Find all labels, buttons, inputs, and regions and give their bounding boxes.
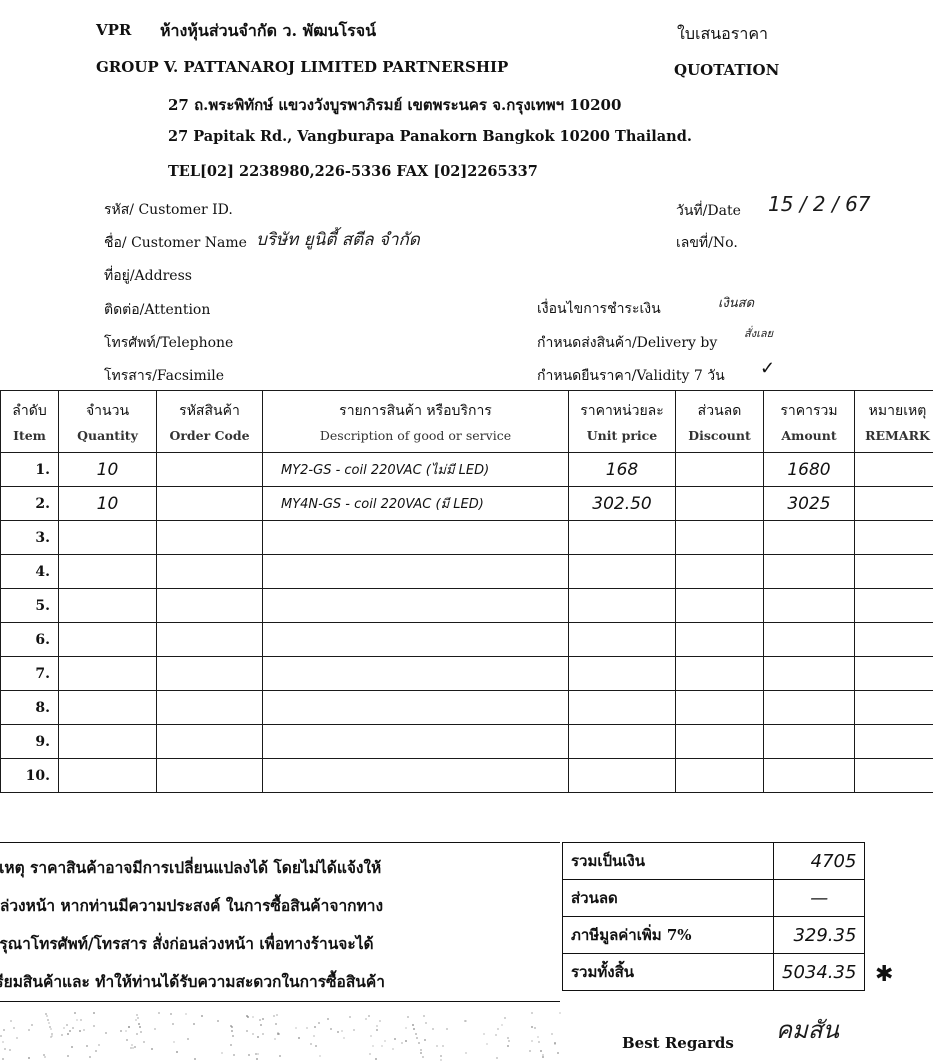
company-contact: TEL[02] 2238980,226-5336 FAX [02]2265337: [168, 163, 538, 180]
description-cell: [263, 589, 569, 623]
company-name-en: GROUP V. PATTANAROJ LIMITED PARTNERSHIP: [96, 58, 508, 76]
company-address-en: 27 Papitak Rd., Vangburapa Panakorn Bang…: [168, 128, 692, 145]
table-row: 1.10MY2-GS - coil 220VAC (ไม่มี LED)1681…: [1, 453, 933, 487]
description-cell: [263, 623, 569, 657]
quantity-cell: [59, 725, 157, 759]
order-code-cell: [157, 623, 263, 657]
discount-cell: [676, 521, 764, 555]
terms-note: ยเหตุ ราคาสินค้าอาจมีการเปลี่ยนแปลงได้ โ…: [0, 842, 560, 1002]
remark-cell: [855, 725, 933, 759]
unit-price-cell: [569, 691, 676, 725]
unit-price-cell: [569, 521, 676, 555]
validity-label: กำหนดยืนราคา/Validity 7 วัน: [537, 365, 725, 387]
unit-price-cell: [569, 623, 676, 657]
amount-cell: [764, 555, 855, 589]
table-row: 3.: [1, 521, 933, 555]
discount-row: ส่วนลด—: [563, 880, 865, 917]
description-cell: [263, 725, 569, 759]
date-label: วันที่/Date: [676, 200, 741, 222]
item-cell: 2.: [1, 487, 59, 521]
description-cell: MY2-GS - coil 220VAC (ไม่มี LED): [263, 453, 569, 487]
quantity-cell: [59, 691, 157, 725]
remark-cell: [855, 623, 933, 657]
order-code-cell: [157, 453, 263, 487]
col-amount: ราคารวมAmount: [764, 391, 855, 453]
note-line: เรียมสินค้าและ ทำให้ท่านได้รับความสะดวกใ…: [0, 969, 385, 994]
payment-terms-value: เงินสด: [718, 292, 754, 313]
order-code-cell: [157, 521, 263, 555]
unit-price-cell: [569, 589, 676, 623]
discount-cell: [676, 555, 764, 589]
number-label: เลขที่/No.: [676, 232, 738, 254]
amount-cell: [764, 759, 855, 793]
grand-total-row: รวมทั้งสิ้น5034.35: [563, 954, 865, 991]
remark-cell: [855, 487, 933, 521]
remark-cell: [855, 521, 933, 555]
remark-cell: [855, 453, 933, 487]
items-table: ลำดับItem จำนวนQuantity รหัสสินค้าOrder …: [0, 390, 933, 793]
customer-id-label: รหัส/ Customer ID.: [104, 199, 233, 221]
item-cell: 9.: [1, 725, 59, 759]
document-title-en: QUOTATION: [674, 61, 779, 79]
quantity-cell: [59, 657, 157, 691]
item-cell: 8.: [1, 691, 59, 725]
order-code-cell: [157, 657, 263, 691]
item-cell: 3.: [1, 521, 59, 555]
description-cell: [263, 521, 569, 555]
col-quantity: จำนวนQuantity: [59, 391, 157, 453]
amount-cell: [764, 589, 855, 623]
quantity-cell: [59, 623, 157, 657]
item-cell: 10.: [1, 759, 59, 793]
table-row: 6.: [1, 623, 933, 657]
item-cell: 4.: [1, 555, 59, 589]
table-row: 4.: [1, 555, 933, 589]
discount-cell: [676, 589, 764, 623]
quantity-cell: 10: [59, 453, 157, 487]
customer-name-label: ชื่อ/ Customer Name: [104, 232, 247, 254]
table-row: 5.: [1, 589, 933, 623]
customer-attention-label: ติดต่อ/Attention: [104, 299, 210, 321]
payment-terms-label: เงื่อนไขการชำระเงิน: [537, 298, 661, 320]
company-code: VPR: [96, 21, 131, 39]
table-row: 2.10MY4N-GS - coil 220VAC (มี LED)302.50…: [1, 487, 933, 521]
item-cell: 7.: [1, 657, 59, 691]
discount-cell: [676, 487, 764, 521]
signature: คมสัน: [776, 1010, 839, 1049]
delivery-label: กำหนดส่งสินค้า/Delivery by: [537, 332, 717, 354]
amount-cell: 1680: [764, 453, 855, 487]
table-row: 8.: [1, 691, 933, 725]
remark-cell: [855, 657, 933, 691]
quantity-cell: 10: [59, 487, 157, 521]
col-order-code: รหัสสินค้าOrder Code: [157, 391, 263, 453]
amount-cell: [764, 623, 855, 657]
table-row: 10.: [1, 759, 933, 793]
note-line: กรุณาโทรศัพท์/โทรสาร สั่งก่อนล่วงหน้า เพ…: [0, 931, 374, 956]
best-regards: Best Regards: [622, 1034, 734, 1052]
amount-cell: [764, 521, 855, 555]
amount-cell: 3025: [764, 487, 855, 521]
order-code-cell: [157, 725, 263, 759]
quantity-cell: [59, 589, 157, 623]
discount-cell: [676, 453, 764, 487]
table-row: 7.: [1, 657, 933, 691]
item-cell: 1.: [1, 453, 59, 487]
note-line: บล่วงหน้า หากท่านมีความประสงค์ ในการซื้อ…: [0, 893, 383, 918]
amount-cell: [764, 657, 855, 691]
totals-table: รวมเป็นเงิน4705 ส่วนลด— ภาษีมูลค่าเพิ่ม …: [562, 842, 865, 991]
description-cell: [263, 657, 569, 691]
remark-cell: [855, 759, 933, 793]
unit-price-cell: 302.50: [569, 487, 676, 521]
table-row: 9.: [1, 725, 933, 759]
delivery-value: สั่งเลย: [744, 324, 773, 342]
discount-cell: [676, 759, 764, 793]
col-item: ลำดับItem: [1, 391, 59, 453]
discount-cell: [676, 691, 764, 725]
check-mark-icon: ✓: [760, 358, 775, 379]
unit-price-cell: [569, 555, 676, 589]
quantity-cell: [59, 555, 157, 589]
col-discount: ส่วนลดDiscount: [676, 391, 764, 453]
unit-price-cell: [569, 759, 676, 793]
item-cell: 5.: [1, 589, 59, 623]
item-cell: 6.: [1, 623, 59, 657]
company-name-th: ห้างหุ้นส่วนจำกัด ว. พัฒนโรจน์: [160, 19, 376, 44]
discount-cell: [676, 657, 764, 691]
remark-cell: [855, 589, 933, 623]
discount-cell: [676, 725, 764, 759]
description-cell: [263, 555, 569, 589]
unit-price-cell: [569, 657, 676, 691]
discount-cell: [676, 623, 764, 657]
amount-cell: [764, 691, 855, 725]
amount-cell: [764, 725, 855, 759]
vat-row: ภาษีมูลค่าเพิ่ม 7%329.35: [563, 917, 865, 954]
col-description: รายการสินค้า หรือบริการDescription of go…: [263, 391, 569, 453]
remark-cell: [855, 555, 933, 589]
description-cell: [263, 691, 569, 725]
note-line: ยเหตุ ราคาสินค้าอาจมีการเปลี่ยนแปลงได้ โ…: [0, 855, 381, 880]
order-code-cell: [157, 589, 263, 623]
customer-facsimile-label: โทรสาร/Facsimile: [104, 365, 224, 387]
table-header-row: ลำดับItem จำนวนQuantity รหัสสินค้าOrder …: [1, 391, 933, 453]
quantity-cell: [59, 759, 157, 793]
description-cell: [263, 759, 569, 793]
quantity-cell: [59, 521, 157, 555]
order-code-cell: [157, 555, 263, 589]
order-code-cell: [157, 487, 263, 521]
customer-address-label: ที่อยู่/Address: [104, 265, 192, 287]
col-unit-price: ราคาหน่วยละUnit price: [569, 391, 676, 453]
remark-cell: [855, 691, 933, 725]
unit-price-cell: [569, 725, 676, 759]
unit-price-cell: 168: [569, 453, 676, 487]
description-cell: MY4N-GS - coil 220VAC (มี LED): [263, 487, 569, 521]
date-value: 15 / 2 / 67: [768, 192, 871, 216]
subtotal-row: รวมเป็นเงิน4705: [563, 843, 865, 880]
order-code-cell: [157, 759, 263, 793]
company-address-th: 27 ถ.พระพิทักษ์ แขวงวังบูรพาภิรมย์ เขตพร…: [168, 93, 621, 117]
asterisk-mark-icon: ✱: [875, 962, 893, 987]
order-code-cell: [157, 691, 263, 725]
col-remark: หมายเหตุREMARK: [855, 391, 933, 453]
customer-telephone-label: โทรศัพท์/Telephone: [104, 332, 233, 354]
document-title-th: ใบเสนอราคา: [677, 22, 768, 47]
customer-name-value: บริษัท ยูนิตี้ สตีล จำกัด: [256, 226, 420, 253]
